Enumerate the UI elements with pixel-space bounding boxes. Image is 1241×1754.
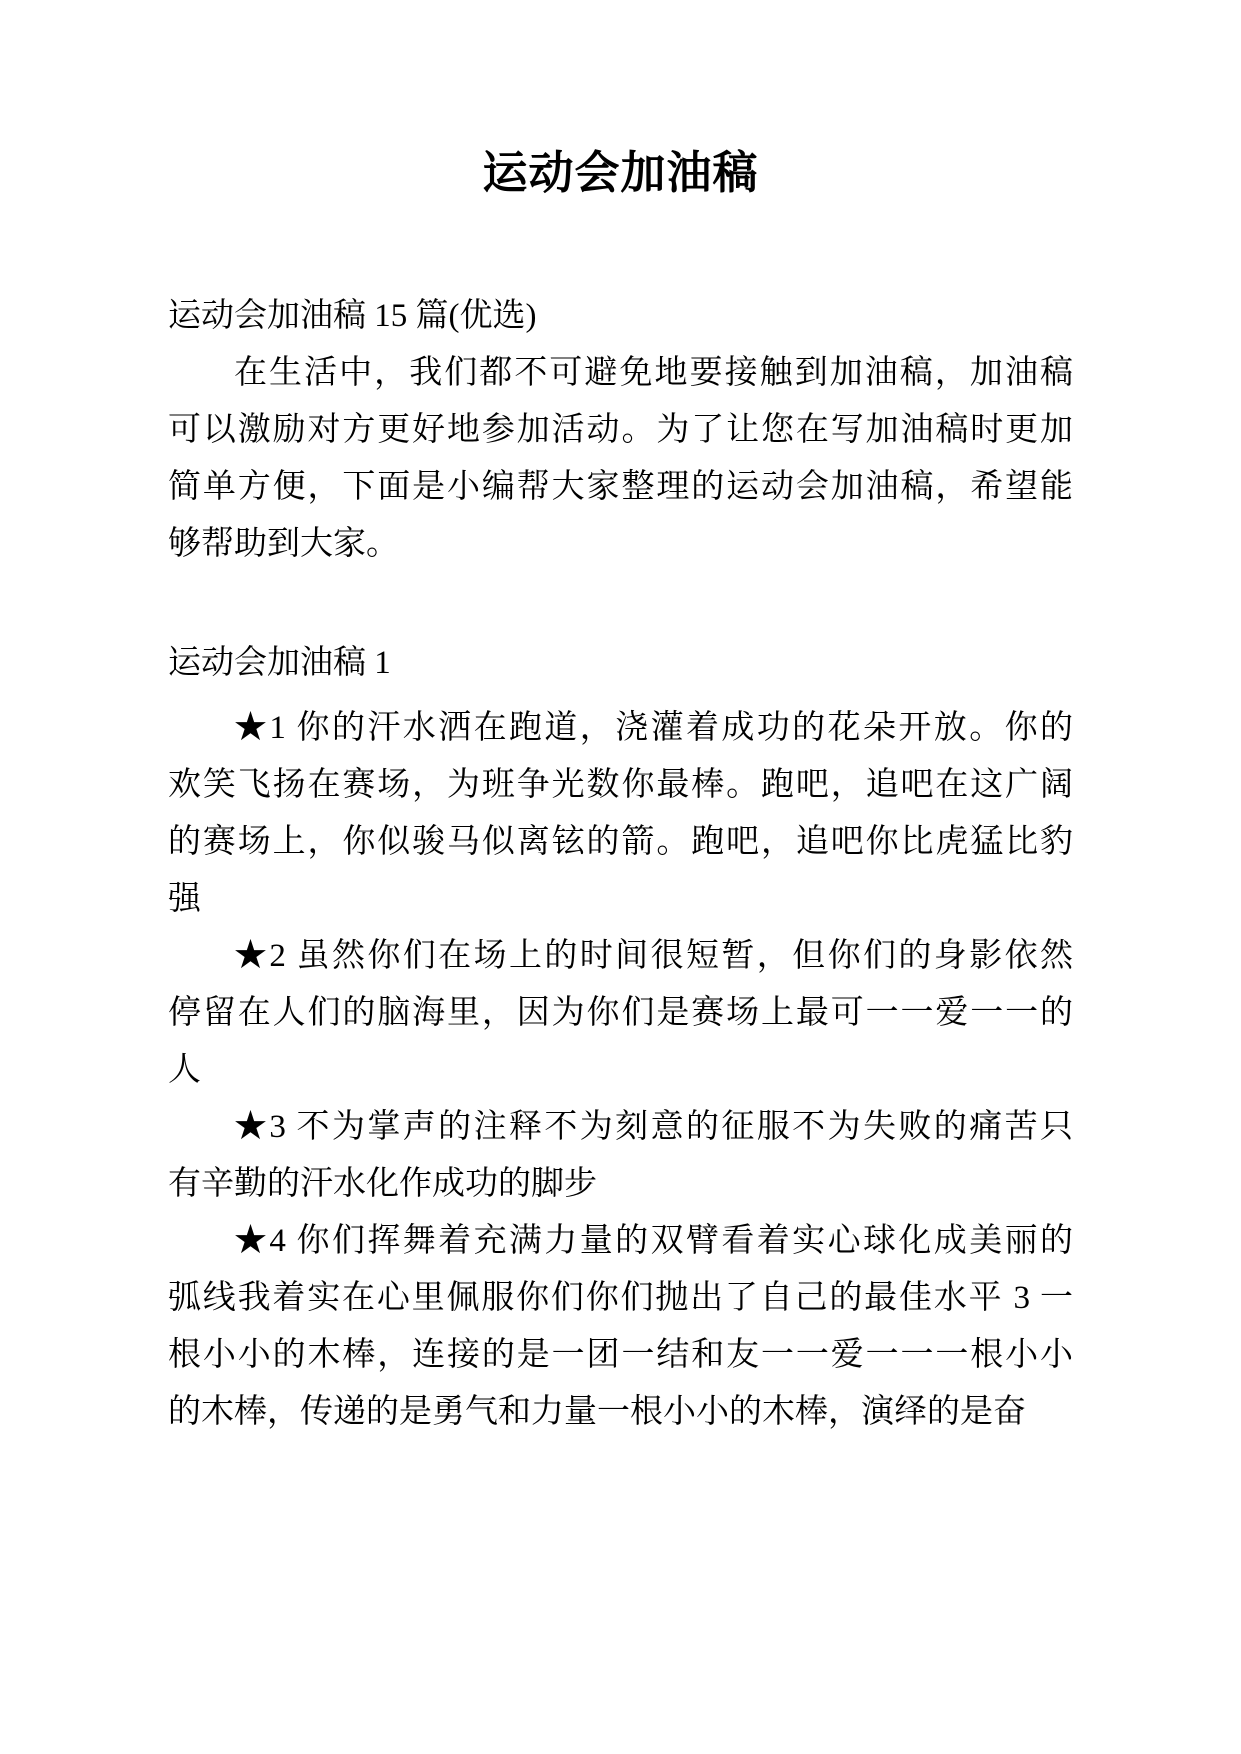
text-line: 有辛勤的汗水化作成功的脚步	[168, 1156, 1073, 1213]
text-line: 够帮助到大家。	[168, 516, 1073, 573]
text-line: 简单方便，下面是小编帮大家整理的运动会加油稿，希望能	[168, 459, 1073, 516]
cheer-paragraphs: ★1 你的汗水洒在跑道，浇灌着成功的花朵开放。你的欢笑飞扬在赛场，为班争光数你最…	[168, 700, 1073, 1441]
text-line: 可以激励对方更好地参加活动。为了让您在写加油稿时更加	[168, 402, 1073, 459]
text-line: ★2 虽然你们在场上的时间很短暂，但你们的身影依然	[168, 928, 1073, 985]
section-heading: 运动会加油稿 1	[168, 635, 1073, 692]
text-line: 在生活中，我们都不可避免地要接触到加油稿，加油稿	[168, 345, 1073, 402]
text-line: 欢笑飞扬在赛场，为班争光数你最棒。跑吧，追吧在这广阔	[168, 757, 1073, 814]
document-title: 运动会加油稿	[168, 0, 1073, 206]
text-line: 停留在人们的脑海里，因为你们是赛场上最可一一爱一一的	[168, 985, 1073, 1042]
cheer-paragraph: ★2 虽然你们在场上的时间很短暂，但你们的身影依然停留在人们的脑海里，因为你们是…	[168, 928, 1073, 1099]
intro-paragraph: 在生活中，我们都不可避免地要接触到加油稿，加油稿可以激励对方更好地参加活动。为了…	[168, 345, 1073, 573]
text-line: 的赛场上，你似骏马似离铉的箭。跑吧，追吧你比虎猛比豹	[168, 814, 1073, 871]
text-line: ★1 你的汗水洒在跑道，浇灌着成功的花朵开放。你的	[168, 700, 1073, 757]
cheer-paragraph: ★1 你的汗水洒在跑道，浇灌着成功的花朵开放。你的欢笑飞扬在赛场，为班争光数你最…	[168, 700, 1073, 928]
text-line: 弧线我着实在心里佩服你们你们抛出了自己的最佳水平 3 一	[168, 1270, 1073, 1327]
text-line: 根小小的木棒，连接的是一团一结和友一一爱一一一根小小	[168, 1327, 1073, 1384]
text-line: 人	[168, 1042, 1073, 1099]
document-subtitle: 运动会加油稿 15 篇(优选)	[168, 288, 1073, 345]
document-page: 运动会加油稿 运动会加油稿 15 篇(优选) 在生活中，我们都不可避免地要接触到…	[0, 0, 1241, 1754]
text-line: 的木棒，传递的是勇气和力量一根小小的木棒，演绎的是奋	[168, 1384, 1073, 1441]
cheer-paragraph: ★4 你们挥舞着充满力量的双臂看着实心球化成美丽的弧线我着实在心里佩服你们你们抛…	[168, 1213, 1073, 1441]
text-line: ★4 你们挥舞着充满力量的双臂看着实心球化成美丽的	[168, 1213, 1073, 1270]
text-line: 强	[168, 871, 1073, 928]
cheer-paragraph: ★3 不为掌声的注释不为刻意的征服不为失败的痛苦只有辛勤的汗水化作成功的脚步	[168, 1099, 1073, 1213]
text-line: ★3 不为掌声的注释不为刻意的征服不为失败的痛苦只	[168, 1099, 1073, 1156]
